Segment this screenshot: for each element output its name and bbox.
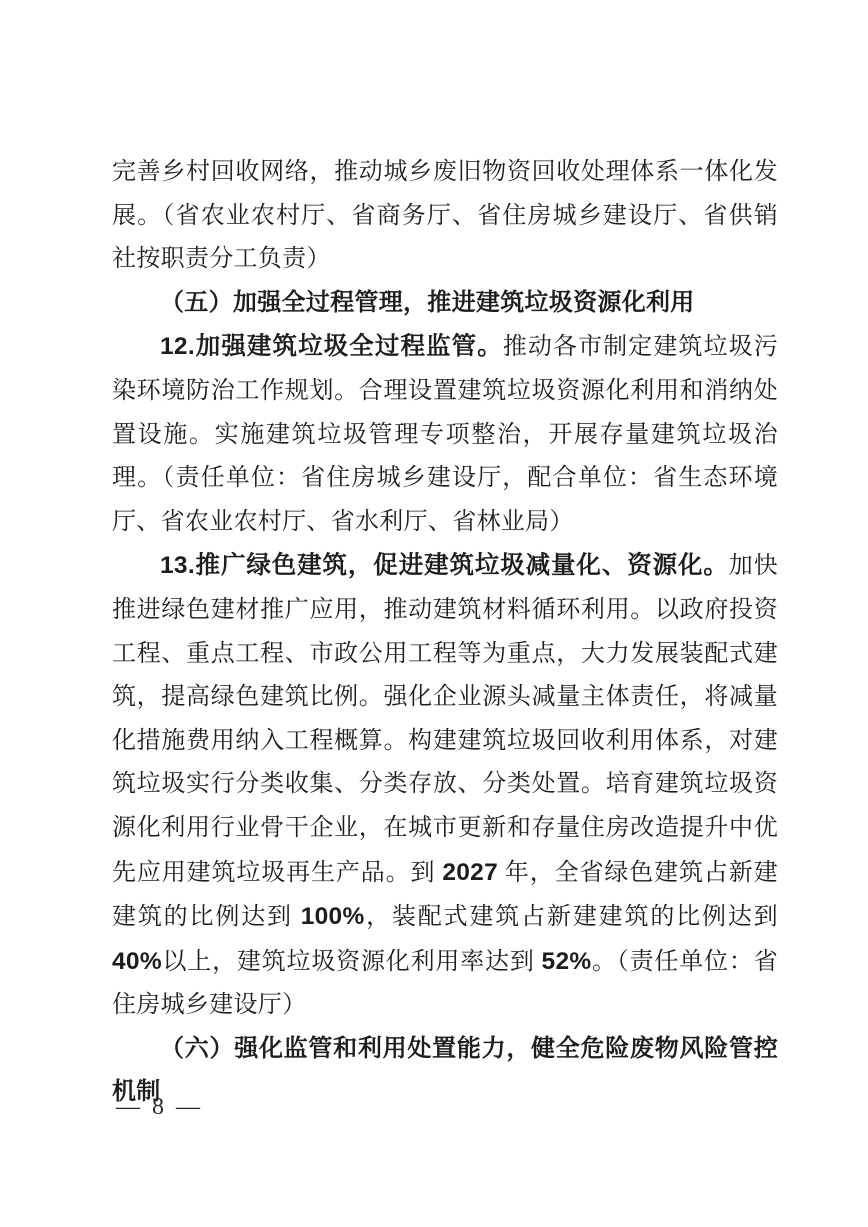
page-number: — 8 — bbox=[116, 1094, 203, 1121]
item-13-paragraph: 13.推广绿色建筑，促进建筑垃圾减量化、资源化。加快推进绿色建材推广应用，推动建… bbox=[112, 544, 778, 1028]
item-12-paragraph: 12.加强建筑垃圾全过程监管。推动各市制定建筑垃圾污染环境防治工作规划。合理设置… bbox=[112, 325, 778, 544]
target-year-value: 2027 bbox=[442, 859, 498, 886]
section-heading-5: （五）加强全过程管理，推进建筑垃圾资源化利用 bbox=[112, 282, 778, 326]
item-13-body-text-4: 以上，建筑垃圾资源化利用率达到 bbox=[162, 949, 542, 975]
item-13-body-text-5: 。 bbox=[591, 949, 616, 975]
section-heading-text: （六）强化监管和利用处置能力，健全危险废物风险管控机制 bbox=[112, 1036, 778, 1106]
recycle-rate-percentage: 52% bbox=[542, 948, 592, 975]
section-heading-6: （六）强化监管和利用处置能力，健全危险废物风险管控机制 bbox=[112, 1028, 778, 1115]
item-12-lead: 12.加强建筑垃圾全过程监管。 bbox=[160, 333, 503, 360]
section-heading-text: （五）加强全过程管理，推进建筑垃圾资源化利用 bbox=[160, 290, 695, 316]
paragraph-recycling-network: 完善乡村回收网络，推动城乡废旧物资回收处理体系一体化发展。（省农业农村厅、省商务… bbox=[112, 151, 778, 282]
prefab-building-percentage: 40% bbox=[112, 948, 162, 975]
item-13-lead: 13.推广绿色建筑，促进建筑垃圾减量化、资源化。 bbox=[160, 552, 729, 579]
item-13-body-text-1: 加快推进绿色建材推广应用，推动建筑材料循环利用。以政府投资工程、重点工程、市政公… bbox=[112, 553, 778, 885]
document-page: 完善乡村回收网络，推动城乡废旧物资回收处理体系一体化发展。（省农业农村厅、省商务… bbox=[0, 0, 868, 1227]
responsibility-note: （责任单位：省住房城乡建设厅，配合单位：省生态环境厅、省农业农村厅、省水利厅、省… bbox=[112, 465, 778, 535]
document-body: 完善乡村回收网络，推动城乡废旧物资回收处理体系一体化发展。（省农业农村厅、省商务… bbox=[112, 151, 778, 1115]
green-building-percentage: 100% bbox=[301, 903, 365, 930]
item-13-body-text-3: ，装配式建筑占新建建筑的比例达到 bbox=[365, 904, 778, 930]
responsibility-note: （省农业农村厅、省商务厅、省住房城乡建设厅、省供销社按职责分工负责） bbox=[112, 203, 778, 273]
